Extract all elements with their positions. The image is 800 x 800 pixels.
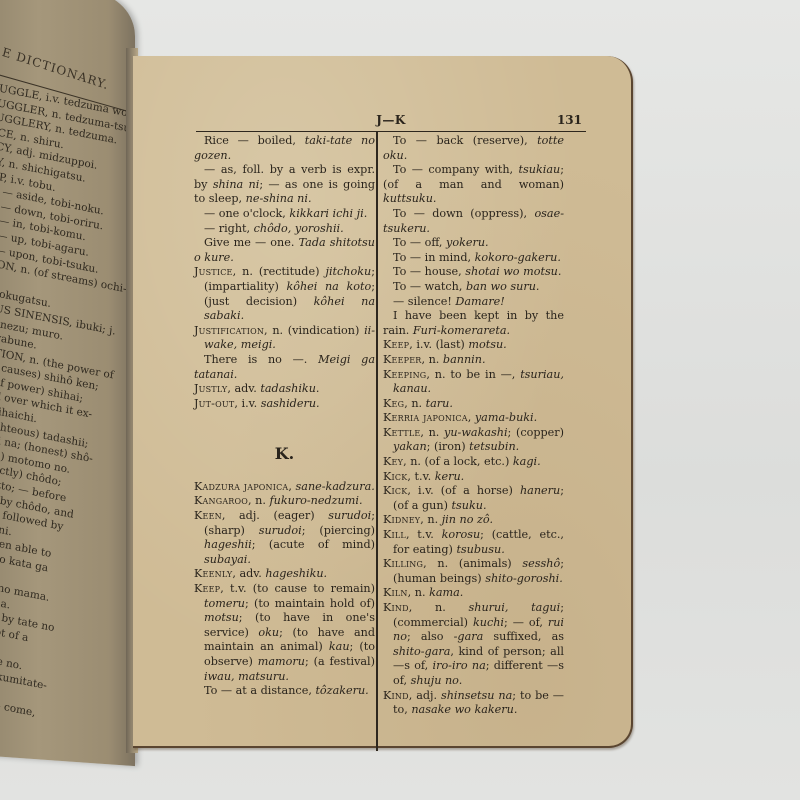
headword: Keen xyxy=(194,509,222,522)
dictionary-entry: Kiln, n. kama. xyxy=(383,586,564,601)
japanese-translation: korosu xyxy=(442,528,481,541)
headword: Justice xyxy=(194,265,233,278)
dictionary-entry: Keeper, n. bannin. xyxy=(383,353,564,368)
headword: Jut-out xyxy=(194,397,234,410)
headword: Kind xyxy=(383,689,409,702)
headword: Keep xyxy=(383,338,409,351)
dictionary-entry: Kadzura japonica, sane-kadzura. xyxy=(194,480,375,495)
japanese-translation: Damare! xyxy=(455,295,504,308)
japanese-translation: shuju no. xyxy=(411,674,463,687)
japanese-translation: yu-wakashi xyxy=(444,426,508,439)
dictionary-entry: Kind, n. shurui, tagui; (commercial) kuc… xyxy=(383,601,564,689)
dictionary-entry: Keeping, n. to be in —, tsuriau, kanau. xyxy=(383,368,564,397)
japanese-translation: hageshiku. xyxy=(265,567,327,580)
headword: Key xyxy=(383,455,403,468)
japanese-translation: totte oku. xyxy=(383,134,564,162)
headword: Kettle xyxy=(383,426,420,439)
page-number: 131 xyxy=(557,113,582,127)
dictionary-entry: Kick, i.v. (of a horse) haneru; (of a gu… xyxy=(383,484,564,513)
dictionary-entry: Justice, n. (rectitude) jitchoku; (impar… xyxy=(194,265,375,323)
headword: Kiln xyxy=(383,586,408,599)
dictionary-entry: Kidney, n. jin no zô. xyxy=(383,513,564,528)
headword: Kangaroo xyxy=(194,494,248,507)
japanese-translation: kuttsuku. xyxy=(383,192,436,205)
dictionary-entry: Kick, t.v. keru. xyxy=(383,470,564,485)
japanese-translation: surudoi xyxy=(259,524,302,537)
headword: Keep xyxy=(194,582,220,595)
japanese-translation: shito-gara xyxy=(393,645,450,658)
sub-entry: — one o'clock, kikkari ichi ji. xyxy=(194,207,375,222)
japanese-translation: tôzakeru. xyxy=(315,684,368,697)
dictionary-entry: Kerria japonica, yama-buki. xyxy=(383,411,564,426)
japanese-translation: oku xyxy=(258,626,279,639)
japanese-translation: tomeru xyxy=(204,597,245,610)
japanese-translation: Meigi ga tatanai. xyxy=(194,353,375,381)
dictionary-entry: Keg, n. taru. xyxy=(383,397,564,412)
photo-scene: E DICTIONARY. UGGLE, i.v. tedzuma wo tsu… xyxy=(0,0,800,800)
japanese-translation: iro-iro na xyxy=(433,659,486,672)
headword: Keenly xyxy=(194,567,232,580)
dictionary-entry: Jut-out, i.v. sashideru. xyxy=(194,397,375,412)
japanese-translation: kama. xyxy=(429,586,463,599)
dictionary-entry: Justification, n. (vindication) ii-wake,… xyxy=(194,324,375,353)
japanese-translation: nasake wo kakeru. xyxy=(411,703,517,716)
japanese-translation: kôhei na koto xyxy=(286,280,371,293)
headword: Killing xyxy=(383,557,423,570)
japanese-translation: sashideru. xyxy=(261,397,320,410)
japanese-translation: motsu xyxy=(204,611,239,624)
japanese-translation: subayai. xyxy=(204,553,251,566)
sub-entry: To — watch, ban wo suru. xyxy=(383,280,564,295)
japanese-translation: tsukiau xyxy=(519,163,561,176)
sub-entry: There is no —. Meigi ga tatanai. xyxy=(194,353,375,382)
japanese-translation: bannin. xyxy=(443,353,486,366)
dictionary-entry: Key, n. (of a lock, etc.) kagi. xyxy=(383,455,564,470)
japanese-translation: kikkari ichi ji. xyxy=(289,207,367,220)
japanese-translation: chôdo, yoroshii. xyxy=(254,222,344,235)
japanese-translation: yokeru. xyxy=(446,236,489,249)
japanese-translation: Furi-komerareta. xyxy=(413,324,510,337)
header-rule xyxy=(196,131,586,132)
japanese-translation: -gara xyxy=(454,630,484,643)
dictionary-entry: Kettle, n. yu-wakashi; (copper) yakan; (… xyxy=(383,426,564,455)
headword: Justification xyxy=(194,324,264,337)
dictionary-entry: Kind, adj. shinsetsu na; to be — to, nas… xyxy=(383,689,564,718)
japanese-translation: fukuro-nedzumi. xyxy=(269,494,362,507)
sub-entry: To — in mind, kokoro-gakeru. xyxy=(383,251,564,266)
headword: Kick xyxy=(383,484,407,497)
j-entries: Rice — boiled, taki-tate no gozen.— as, … xyxy=(194,134,375,411)
japanese-translation: shina ni xyxy=(213,178,260,191)
dictionary-entry: Kill, t.v. korosu; (cattle, etc., for ea… xyxy=(383,528,564,557)
sub-entry: To — down (oppress), osae-tsukeru. xyxy=(383,207,564,236)
sub-entry: To — back (reserve), totte oku. xyxy=(383,134,564,163)
japanese-translation: tetsubin. xyxy=(469,440,519,453)
headword: Kadzura japonica xyxy=(194,480,288,493)
japanese-translation: ne-shina ni. xyxy=(246,192,312,205)
japanese-translation: kuchi xyxy=(473,616,504,629)
headword: Keeping xyxy=(383,368,426,381)
sub-entry: Rice — boiled, taki-tate no gozen. xyxy=(194,134,375,163)
left-column: Rice — boiled, taki-tate no gozen.— as, … xyxy=(194,134,375,699)
dictionary-entry: Justly, adv. tadashiku. xyxy=(194,382,375,397)
japanese-translation: jin no zô. xyxy=(442,513,493,526)
right-column: To — back (reserve), totte oku.To — comp… xyxy=(383,134,564,718)
sub-entry: To — house, shotai wo motsu. xyxy=(383,265,564,280)
japanese-translation: osae-tsukeru. xyxy=(383,207,564,235)
headword: Keeper xyxy=(383,353,421,366)
japanese-translation: shito-goroshi. xyxy=(485,572,563,585)
japanese-translation: kagi. xyxy=(513,455,541,468)
japanese-translation: sesshô xyxy=(522,557,560,570)
page-header: J—K 131 xyxy=(196,113,586,131)
japanese-translation: iwau, matsuru. xyxy=(204,670,289,683)
japanese-translation: kokoro-gakeru. xyxy=(475,251,561,264)
japanese-translation: kau xyxy=(329,640,350,653)
k-entries-continued: To — back (reserve), totte oku.To — comp… xyxy=(383,134,564,718)
japanese-translation: kôhei na sabaki. xyxy=(204,295,375,323)
headword: Kerria japonica xyxy=(383,411,468,424)
japanese-translation: haneru xyxy=(520,484,560,497)
japanese-translation: hageshii xyxy=(204,538,252,551)
column-divider xyxy=(376,131,378,751)
sub-entry: — as, foll. by a verb is expr. by shina … xyxy=(194,163,375,207)
japanese-translation: taru. xyxy=(426,397,453,410)
left-page: E DICTIONARY. UGGLE, i.v. tedzuma wo tsu… xyxy=(0,0,135,766)
japanese-translation: shotai wo motsu. xyxy=(465,265,561,278)
dictionary-entry: Kangaroo, n. fukuro-nedzumi. xyxy=(194,494,375,509)
japanese-translation: ban wo suru. xyxy=(466,280,540,293)
japanese-translation: shurui, tagui xyxy=(469,601,561,614)
sub-entry: To — at a distance, tôzakeru. xyxy=(194,684,375,699)
left-page-text: UGGLE, i.v. tedzuma wo tsukau.UGGLER, n.… xyxy=(0,82,135,743)
japanese-translation: Tada shitotsu o kure. xyxy=(194,236,375,264)
japanese-translation: keru. xyxy=(435,470,465,483)
dictionary-entry: Keep, i.v. (last) motsu. xyxy=(383,338,564,353)
japanese-translation: sane-kadzura. xyxy=(296,480,375,493)
headword: Kind xyxy=(383,601,409,614)
headword: Keg xyxy=(383,397,404,410)
dictionary-entry: Keep, t.v. (to cause to remain) tomeru; … xyxy=(194,582,375,684)
japanese-translation: mamoru xyxy=(258,655,305,668)
headword: Justly xyxy=(194,382,227,395)
japanese-translation: tsubusu. xyxy=(456,543,504,556)
japanese-translation: tsuku. xyxy=(452,499,487,512)
headword: Kick xyxy=(383,470,407,483)
headword: Kill xyxy=(383,528,406,541)
japanese-translation: surudoi xyxy=(328,509,371,522)
sub-entry: To — company with, tsukiau; (of a man an… xyxy=(383,163,564,207)
dictionary-entry: Killing, n. (animals) sesshô; (human bei… xyxy=(383,557,564,586)
k-entries: Kadzura japonica, sane-kadzura.Kangaroo,… xyxy=(194,480,375,699)
sub-entry: I have been kept in by the rain. Furi-ko… xyxy=(383,309,564,338)
sub-entry: Give me — one. Tada shitotsu o kure. xyxy=(194,236,375,265)
japanese-translation: yama-buki. xyxy=(475,411,537,424)
japanese-translation: yakan xyxy=(393,440,427,453)
dictionary-entry: Keen, adj. (eager) surudoi; (sharp) suru… xyxy=(194,509,375,567)
section-letter-k: K. xyxy=(194,447,375,462)
japanese-translation: shinsetsu na xyxy=(441,689,512,702)
japanese-translation: taki-tate no gozen. xyxy=(194,134,375,162)
sub-entry: To — off, yokeru. xyxy=(383,236,564,251)
dictionary-entry: Keenly, adv. hageshiku. xyxy=(194,567,375,582)
headword: Kidney xyxy=(383,513,420,526)
right-page: J—K 131 Rice — boiled, taki-tate no goze… xyxy=(133,56,633,748)
japanese-translation: jitchoku xyxy=(325,265,371,278)
sub-entry: — right, chôdo, yoroshii. xyxy=(194,222,375,237)
japanese-translation: motsu. xyxy=(468,338,506,351)
running-head: J—K xyxy=(196,113,586,127)
japanese-translation: tadashiku. xyxy=(260,382,319,395)
sub-entry: — silence! Damare! xyxy=(383,295,564,310)
